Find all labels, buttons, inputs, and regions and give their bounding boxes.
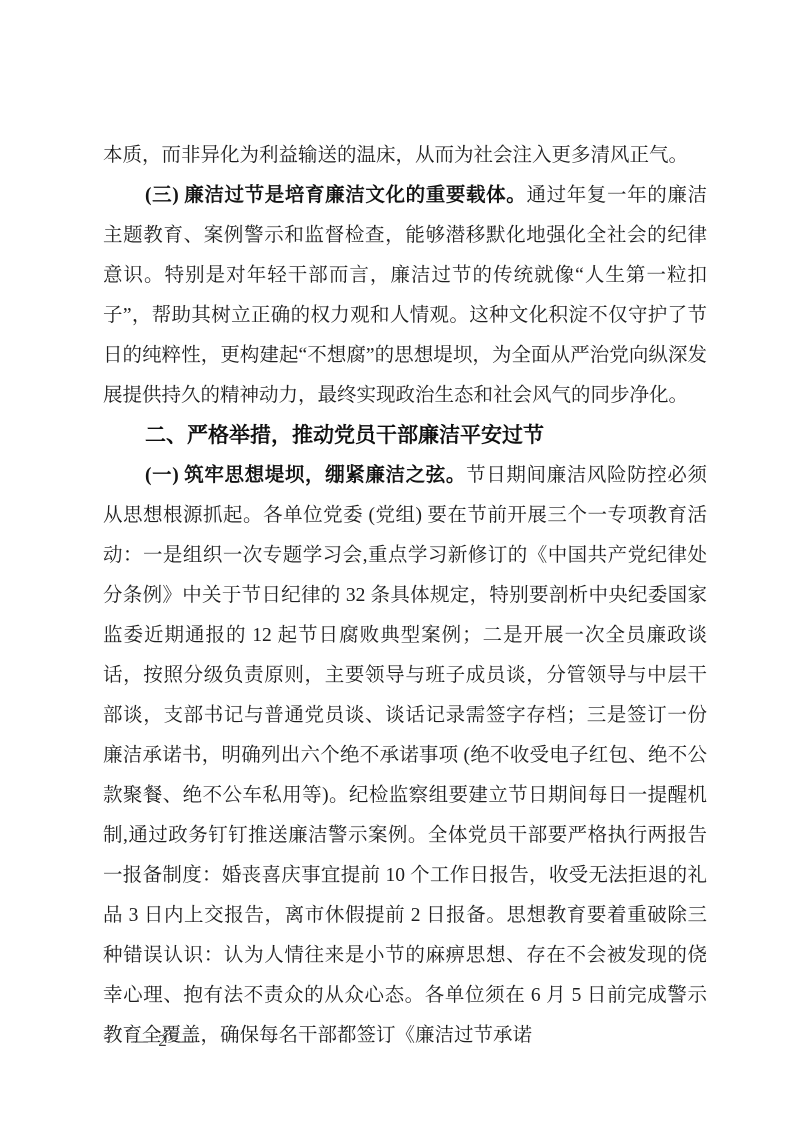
- paragraph: 本质，而非异化为利益输送的温床，从而为社会注入更多清风正气。: [103, 136, 707, 176]
- page-number: — 2 —: [131, 1026, 197, 1056]
- paragraph-bold-lead: (三) 廉洁过节是培育廉洁文化的重要载体。: [145, 185, 526, 206]
- paragraph: (三) 廉洁过节是培育廉洁文化的重要载体。通过年复一年的廉洁主题教育、案例警示和…: [103, 176, 707, 416]
- section-heading: 二、严格举措，推动党员干部廉洁平安过节: [103, 416, 707, 456]
- document-page: 本质，而非异化为利益输送的温床，从而为社会注入更多清风正气。(三) 廉洁过节是培…: [0, 0, 793, 1122]
- paragraph-bold-lead: (一) 筑牢思想堤坝，绷紧廉洁之弦。: [145, 465, 466, 486]
- paragraph: (一) 筑牢思想堤坝，绷紧廉洁之弦。节日期间廉洁风险防控必须从思想根源抓起。各单…: [103, 456, 707, 1056]
- document-body: 本质，而非异化为利益输送的温床，从而为社会注入更多清风正气。(三) 廉洁过节是培…: [103, 136, 707, 1056]
